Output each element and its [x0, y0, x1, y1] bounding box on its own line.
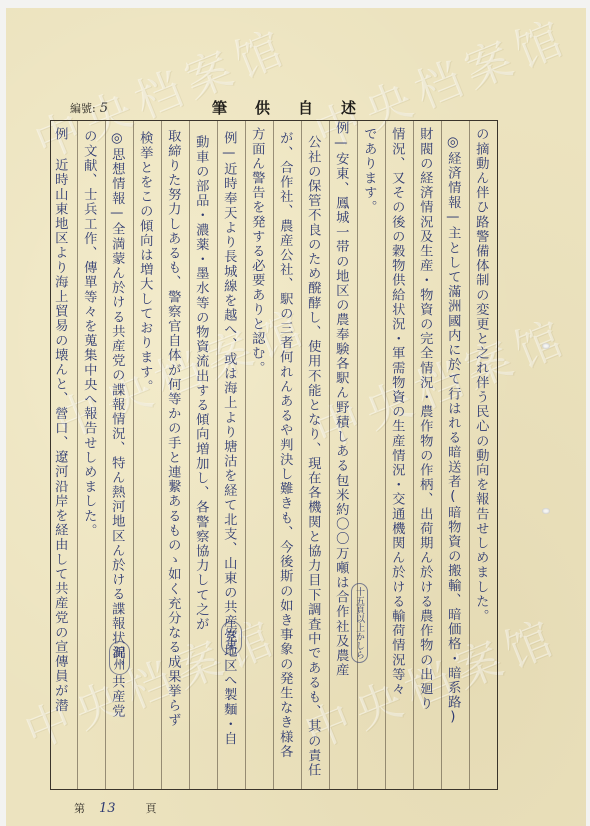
- column-text: 例—安東、鳳城一帯の地区の農奉験各駅ん野積しある包米約〇〇万噸は合作社及農産: [334, 121, 347, 678]
- column-text: ◎経済情報—主として滿洲國内に於て行はれる暗送者(暗物資の搬輸、暗価格・暗系路): [446, 135, 459, 726]
- page-prefix: 第: [74, 802, 85, 815]
- writing-column: ◎経済情報—主として滿洲國内に於て行はれる暗送者(暗物資の搬輸、暗価格・暗系路): [441, 121, 469, 789]
- column-text: 方面ん警告を発する必要ありと認む。: [250, 127, 263, 375]
- writing-column: ◎思想情報—全満蒙ん於ける共産党の諜報情況、特ん熱河地区ん於ける諜報状況、共産党: [105, 121, 133, 789]
- column-text: ◎思想情報—全満蒙ん於ける共産党の諜報情況、特ん熱河地区ん於ける諜報状況、共産党: [110, 131, 123, 718]
- page-title: 述自供筆: [212, 97, 384, 118]
- place-label-jinzhou: 錦州: [109, 641, 130, 675]
- writing-column: 財閥の経済情況及生産・物資の完全情況・農作物の作柄、出荷期ん於ける農作物の出廻り: [413, 121, 441, 789]
- page-number: 13: [99, 801, 116, 816]
- column-text: 動車の部品・濃薬・墨水等の物資流出する傾向増加し、各警察協力して之が: [194, 135, 207, 631]
- writing-column: 情況、又その後の穀物供給状況・軍需物資の生産情況・交通機関ん於ける輸荷情況等々: [385, 121, 413, 789]
- writing-column: の文献、士兵工作、傳單等々を蒐集中央へ報告せしめました。: [77, 121, 105, 789]
- column-text: の文献、士兵工作、傳單等々を蒐集中央へ報告せしめました。: [82, 129, 95, 538]
- margin-note: 十五頁以上かしら: [351, 583, 368, 663]
- writing-column: の摘動ん伴ひ路警備体制の変更と之れ伴う民心の動向を報告せしめました。: [469, 121, 497, 789]
- serial-number: 5: [100, 101, 108, 116]
- column-text: 例 近時山東地区より海上貿易の壊んと、營口、遼河沿岸を経由して共産党の宣傳員が潜: [53, 127, 66, 713]
- writing-column: 取締りた努力しあるも、警察官自体が何等かの手と連繋あるものゝ如く充分なる成果挙ら…: [161, 121, 189, 789]
- writing-column: 公社の保管不良のため醗酵し、使用不能となり、現在各機関と協力目下調査中であるも、…: [301, 121, 329, 789]
- writing-column: 例 近時山東地区より海上貿易の壊んと、營口、遼河沿岸を経由して共産党の宣傳員が潜: [49, 121, 77, 789]
- column-text: 財閥の経済情況及生産・物資の完全情況・農作物の作柄、出荷期ん於ける農作物の出廻り: [418, 127, 431, 711]
- writing-column: 例—安東、鳳城一帯の地区の農奉験各駅ん野積しある包米約〇〇万噸は合作社及農産: [329, 121, 357, 789]
- writing-column: 検挙とをこの傾向は増大しております。: [133, 121, 161, 789]
- column-text: の摘動ん伴ひ路警備体制の変更と之れ伴う民心の動向を報告せしめました。: [474, 127, 487, 623]
- column-text: 公社の保管不良のため醗酵し、使用不能となり、現在各機関と協力目下調査中であるも、…: [306, 135, 319, 777]
- punch-hole: [542, 343, 550, 349]
- column-text: 検挙とをこの傾向は増大しております。: [138, 131, 151, 394]
- ruled-writing-frame: の摘動ん伴ひ路警備体制の変更と之れ伴う民心の動向を報告せしめました。◎経済情報—…: [50, 120, 498, 790]
- writing-column: 動車の部品・濃薬・墨水等の物資流出する傾向増加し、各警察協力して之が: [189, 121, 217, 789]
- punch-hole: [542, 508, 550, 514]
- column-text: であります。: [362, 127, 375, 215]
- column-text: が、合作社、農産公社、駅の三者何れんあるや判決し難きも、今後斯の如き事象の発生な…: [278, 131, 291, 759]
- writing-column: が、合作社、農産公社、駅の三者何れんあるや判決し難きも、今後斯の如き事象の発生な…: [273, 121, 301, 789]
- page-suffix: 頁: [146, 802, 157, 815]
- column-text: 取締りた努力しあるも、警察官自体が何等かの手と連繋あるものゝ如く充分なる成果挙ら…: [166, 129, 179, 728]
- page-number-footer: 第13頁: [74, 800, 157, 816]
- serial-label: 編號:: [70, 102, 96, 115]
- serial-number-label: 編號:5: [70, 100, 108, 116]
- place-label-andong: 安東: [221, 621, 242, 655]
- writing-column: であります。: [357, 121, 385, 789]
- writing-column: 方面ん警告を発する必要ありと認む。: [245, 121, 273, 789]
- writing-column: 例—近時奉天より長城線を越へ、或は海上より塘沽を経て北支、山東の共産党地区へ製麵…: [217, 121, 245, 789]
- column-text: 情況、又その後の穀物供給状況・軍需物資の生産情況・交通機関ん於ける輸荷情況等々: [390, 127, 403, 696]
